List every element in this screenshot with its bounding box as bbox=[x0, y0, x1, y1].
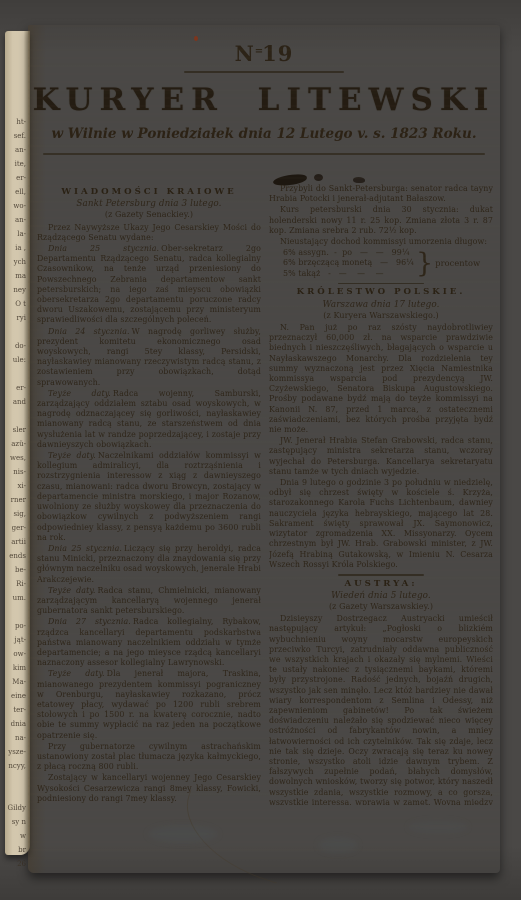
edge-text-fragment: ryi bbox=[5, 311, 30, 325]
issue-rule bbox=[184, 71, 344, 73]
paragraph-lead: Teyże daty. bbox=[48, 586, 97, 595]
edge-text-fragment: br bbox=[5, 843, 30, 857]
paragraph-lead: Dnia 24 stycznia. bbox=[48, 327, 132, 336]
paragraph-lead: Dnia 25 stycznia. bbox=[48, 244, 161, 253]
paragraph: Przy gubernatorze cywilnym astrachańskim… bbox=[37, 742, 261, 773]
edge-text-fragment: Gildy bbox=[5, 801, 30, 815]
section-header-austria: AUSTRYA: bbox=[269, 579, 493, 589]
paragraph-lead: Dnia 25 stycznia. bbox=[48, 544, 124, 553]
section-header-kraiowe: WIADOMOŚCI KRAIOWE bbox=[37, 187, 261, 197]
edge-text-fragment: ell, bbox=[5, 185, 30, 199]
column-left: WIADOMOŚCI KRAIOWE Sankt Petersburg dnia… bbox=[37, 184, 261, 805]
edge-text-fragment: Ri- bbox=[5, 577, 30, 591]
edge-text-fragment: azü- bbox=[5, 437, 30, 451]
edge-text-fragment: ends bbox=[5, 549, 30, 563]
paragraph-text: Dla jenerał majora, Traskina, mianowaneg… bbox=[37, 669, 261, 739]
edge-text-fragment: do- bbox=[5, 339, 30, 353]
edge-text-fragment: ht- bbox=[5, 115, 30, 129]
ink-blot bbox=[353, 177, 365, 183]
paragraph: Teyże daty.Naczelnikami oddziałów kommis… bbox=[37, 451, 261, 543]
edge-text-fragment bbox=[5, 773, 30, 787]
paragraph-lead: Teyże daty. bbox=[48, 669, 107, 678]
edge-text-fragment: na- bbox=[5, 731, 30, 745]
ink-blot bbox=[314, 174, 323, 181]
edge-text-fragment: w bbox=[5, 829, 30, 843]
section-dateline: Sankt Petersburg dnia 3 lutego. bbox=[37, 199, 261, 209]
newspaper-title: KURYER LITEWSKI bbox=[28, 82, 500, 118]
edge-text-fragment: eine bbox=[5, 689, 30, 703]
paragraph-text: Przez Naywyższe Ukazy Jego Cesarskiey Mo… bbox=[37, 223, 261, 242]
paragraph: Dnia 25 stycznia.Liczący się przy herold… bbox=[37, 544, 261, 585]
paragraph: Dzisieyszy Dostrzegacz Austryacki umieśc… bbox=[269, 614, 493, 805]
paragraph: Kurs petersburski dnia 30 stycznia: duka… bbox=[269, 205, 493, 236]
edge-text-fragment: sef. bbox=[5, 129, 30, 143]
paragraph: Teyże daty.Radca stanu, Chmielnicki, mia… bbox=[37, 586, 261, 617]
show-through-smudge bbox=[408, 820, 468, 834]
edge-text-fragment bbox=[5, 605, 30, 619]
header-rule bbox=[43, 153, 485, 155]
edge-text-fragment: la- bbox=[5, 227, 30, 241]
edge-text-fragment: kim bbox=[5, 661, 30, 675]
section-source: (z Gazety Warszawskiey.) bbox=[269, 602, 493, 612]
edge-text-fragment: jąt- bbox=[5, 633, 30, 647]
edge-text-fragment: po- bbox=[5, 619, 30, 633]
edge-text-fragment: be- bbox=[5, 563, 30, 577]
column-right: Przybyli do Sankt-Petersburga: senator r… bbox=[269, 184, 493, 805]
section-source: (z Kuryera Warszawskiego.) bbox=[269, 311, 493, 321]
edge-text-fragment: an- bbox=[5, 143, 30, 157]
edge-text-fragment: rner bbox=[5, 493, 30, 507]
paragraph-text: Kurs petersburski dnia 30 stycznia: duka… bbox=[269, 205, 493, 234]
paragraph-text: Naczelnikami oddziałów kommissyi w kolle… bbox=[37, 451, 261, 542]
show-through-smudge bbox=[318, 837, 358, 853]
poland-paragraphs: N. Pan już po raz szósty naydobrotliwiey… bbox=[269, 323, 493, 570]
brace-glyph: } bbox=[416, 250, 433, 277]
edge-text-fragment: artii bbox=[5, 535, 30, 549]
paragraph-text: Dnia 9 lutego o godzinie 3 po południu w… bbox=[269, 478, 493, 569]
edge-text-fragment: ysze- bbox=[5, 745, 30, 759]
masthead: N=19 KURYER LITEWSKI w Wilnie w Poniedzi… bbox=[28, 25, 500, 155]
issue-number: N=19 bbox=[28, 41, 500, 66]
paragraph-text: Przy gubernatorze cywilnym astrachańskim… bbox=[37, 742, 261, 771]
edge-text-fragment: ma bbox=[5, 269, 30, 283]
edge-text-fragment: ych bbox=[5, 255, 30, 269]
paragraph-text: Przybyli do Sankt-Petersburga: senator r… bbox=[269, 184, 493, 203]
edge-text-fragment: ia , bbox=[5, 241, 30, 255]
section-header-poland: KRÓLESTWO POLSKIE. bbox=[269, 287, 493, 297]
paragraph: Teyże daty.Dla jenerał majora, Traskina,… bbox=[37, 669, 261, 740]
paragraph: Nieustający dochod kommissyi umorzenia d… bbox=[269, 237, 493, 247]
paragraph: Teyże daty.Radca wojenny, Samburski, zar… bbox=[37, 389, 261, 450]
section-source: (z Gazety Senackiey.) bbox=[37, 210, 261, 220]
previous-page-edge: ht-sef.an-ite,er-ell,wo-an-la-ia ,ychman… bbox=[5, 31, 30, 855]
section-divider bbox=[338, 574, 424, 576]
edge-text-fragment: and bbox=[5, 395, 30, 409]
paragraph-text: Zostający w kancellaryi wojenney Jego Ce… bbox=[37, 773, 261, 802]
edge-text-fragment: wes, bbox=[5, 451, 30, 465]
paragraph: Dnia 25 stycznia.Ober-sekretarz 2go Depa… bbox=[37, 244, 261, 326]
paragraph-lead: Teyże daty. bbox=[48, 389, 113, 398]
edge-text-fragment: ter- bbox=[5, 703, 30, 717]
exchange-rates-block: 6% assygn. - po — — 99¼ 6% brzęczącą mon… bbox=[283, 248, 493, 279]
edge-text-fragment: O t bbox=[5, 297, 30, 311]
text-columns: WIADOMOŚCI KRAIOWE Sankt Petersburg dnia… bbox=[37, 184, 493, 805]
paragraph-lead: Teyże daty. bbox=[48, 451, 98, 460]
scan-background: { "masthead": { "issue_n": "N", "issue_s… bbox=[0, 0, 521, 900]
edge-text-fragment bbox=[5, 409, 30, 423]
edge-text-fragment: ow- bbox=[5, 647, 30, 661]
right-top-paragraphs: Przybyli do Sankt-Petersburga: senator r… bbox=[269, 184, 493, 247]
edge-text-fragment: Ma- bbox=[5, 675, 30, 689]
paragraph: Zostający w kancellaryi wojenney Jego Ce… bbox=[37, 773, 261, 804]
paragraph: Przybyli do Sankt-Petersburga: senator r… bbox=[269, 184, 493, 204]
section-dateline: Wiedeń dnia 5 lutego. bbox=[269, 591, 493, 601]
austria-paragraphs: Dzisieyszy Dostrzegacz Austryacki umieśc… bbox=[269, 614, 493, 805]
paragraph-text: Nieustający dochod kommissyi umorzenia d… bbox=[280, 237, 487, 246]
edge-text-fragment: ite, bbox=[5, 157, 30, 171]
edge-text-fragment: an- bbox=[5, 213, 30, 227]
edge-text-fragment: sy n bbox=[5, 815, 30, 829]
edge-text-fragment: xi- bbox=[5, 479, 30, 493]
paragraph: N. Pan już po raz szósty naydobrotliwiey… bbox=[269, 323, 493, 435]
edge-text-fragment: wo- bbox=[5, 199, 30, 213]
masthead-dateline: w Wilnie w Poniedziałek dnia 12 Lutego v… bbox=[28, 126, 500, 142]
paragraph-text: JW. Jenerał Hrabia Stefan Grabowski, rad… bbox=[269, 436, 493, 476]
paragraph-text: Dzisieyszy Dostrzegacz Austryacki umieśc… bbox=[269, 614, 493, 805]
edge-text-fragment: ger- bbox=[5, 521, 30, 535]
left-paragraphs: Przez Naywyższe Ukazy Jego Cesarskiey Mo… bbox=[37, 223, 261, 805]
paragraph-text: Ober-sekretarz 2go Departamentu Rządzące… bbox=[37, 244, 261, 324]
paragraph: JW. Jenerał Hrabia Stefan Grabowski, rad… bbox=[269, 436, 493, 477]
edge-text-fragment bbox=[5, 367, 30, 381]
paragraph: Dnia 9 lutego o godzinie 3 po południu w… bbox=[269, 478, 493, 570]
paragraph-lead: Dnia 27 stycznia. bbox=[48, 617, 133, 626]
edge-text-fragment bbox=[5, 325, 30, 339]
newspaper-page: N=19 KURYER LITEWSKI w Wilnie w Poniedzi… bbox=[28, 25, 500, 873]
paragraph-text: N. Pan już po raz szósty naydobrotliwiey… bbox=[269, 323, 493, 434]
edge-text-fragment: ule: bbox=[5, 353, 30, 367]
edge-text-fragment: er- bbox=[5, 381, 30, 395]
rates-label: procentow bbox=[435, 258, 480, 268]
paragraph: Przez Naywyższe Ukazy Jego Cesarskiey Mo… bbox=[37, 223, 261, 243]
edge-text-fragment: ncyy, bbox=[5, 759, 30, 773]
edge-text-fragment: er- bbox=[5, 171, 30, 185]
paragraph: Dnia 27 stycznia.Radca kollegialny, Ryba… bbox=[37, 617, 261, 668]
edge-text-fragment: dnia bbox=[5, 717, 30, 731]
section-dateline: Warszawa dnia 17 lutego. bbox=[269, 300, 493, 310]
rates-lines: 6% assygn. - po — — 99¼ 6% brzęczącą mon… bbox=[283, 248, 414, 279]
edge-text-fragment bbox=[5, 787, 30, 801]
edge-text-fragment: nis- bbox=[5, 465, 30, 479]
edge-text-fragment: sig, bbox=[5, 507, 30, 521]
edge-text-fragment: um. bbox=[5, 591, 30, 605]
edge-text-fragment: ney bbox=[5, 283, 30, 297]
paragraph: Dnia 24 stycznia.W nagrodę gorliwey służ… bbox=[37, 327, 261, 388]
edge-text-fragment: sler bbox=[5, 423, 30, 437]
edge-text-fragment: 26 bbox=[5, 857, 30, 871]
section-divider bbox=[338, 283, 424, 285]
